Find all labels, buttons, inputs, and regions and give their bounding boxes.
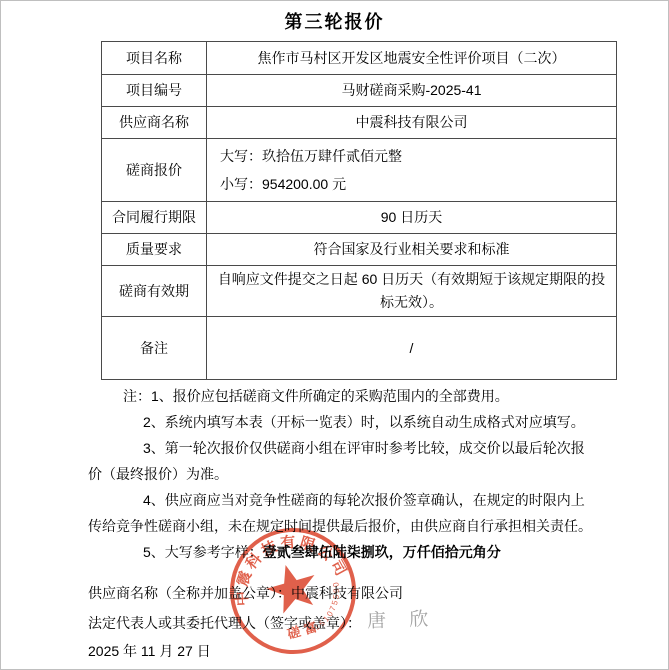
note-segment: 2、系统内填写本表（开标一览表）时，以系统自动生成格式对应填写。 <box>143 414 585 430</box>
note-segment: 5、大写参考字样： <box>143 544 263 560</box>
note-item: 3、第一轮次报价仅供磋商小组在评审时参考比较，成交价以最后轮次报价（最终报价）为… <box>88 435 598 487</box>
table-row: 合同履行期限90 日历天 <box>102 202 617 234</box>
footer: 供应商名称（全称并加盖公章）：中震科技有限公司 法定代表人或其委托代理人（签字或… <box>88 579 437 666</box>
quotation-table-body: 项目名称焦作市马村区开发区地震安全性评价项目（二次）项目编号马财磋商采购-202… <box>102 42 617 380</box>
row-label: 磋商报价 <box>102 139 207 202</box>
representative-label: 法定代表人或其委托代理人（签字或盖章）： <box>88 615 361 631</box>
row-value: 符合国家及行业相关要求和标准 <box>207 234 617 266</box>
row-label: 项目名称 <box>102 42 207 75</box>
row-value: / <box>207 317 617 380</box>
date-line: 2025 年 11 月 27 日 <box>88 637 437 666</box>
table-row: 磋商报价大写：玖拾伍万肆仟贰佰元整小写：954200.00 元 <box>102 139 617 202</box>
note-item: 注：1、报价应包括磋商文件所确定的采购范围内的全部费用。 <box>88 383 598 409</box>
row-label: 项目编号 <box>102 75 207 107</box>
signature: 唐 欣 <box>367 605 438 636</box>
row-value: 自响应文件提交之日起 60 日历天（有效期短于该规定期限的投标无效）。 <box>207 266 617 317</box>
table-row: 磋商有效期自响应文件提交之日起 60 日历天（有效期短于该规定期限的投标无效）。 <box>102 266 617 317</box>
table-row: 项目编号马财磋商采购-2025-41 <box>102 75 617 107</box>
note-segment: 4、供应商应当对竞争性磋商的每轮次报价签章确认，在规定的时限内上传给竞争性磋商小… <box>88 492 592 534</box>
notes: 注：1、报价应包括磋商文件所确定的采购范围内的全部费用。2、系统内填写本表（开标… <box>88 383 598 565</box>
table-row: 质量要求符合国家及行业相关要求和标准 <box>102 234 617 266</box>
note-segment: 注：1、报价应包括磋商文件所确定的采购范围内的全部费用。 <box>123 388 509 404</box>
row-value: 90 日历天 <box>207 202 617 234</box>
row-label: 合同履行期限 <box>102 202 207 234</box>
document-page: 第三轮报价 项目名称焦作市马村区开发区地震安全性评价项目（二次）项目编号马财磋商… <box>0 0 669 670</box>
supplier-line: 供应商名称（全称并加盖公章）：中震科技有限公司 <box>88 579 437 608</box>
note-segment: 3、第一轮次报价仅供磋商小组在评审时参考比较，成交价以最后轮次报价（最终报价）为… <box>88 440 585 482</box>
row-value-line: 大写：玖拾伍万肆仟贰佰元整 <box>220 142 610 170</box>
row-value: 焦作市马村区开发区地震安全性评价项目（二次） <box>207 42 617 75</box>
note-item: 4、供应商应当对竞争性磋商的每轮次报价签章确认，在规定的时限内上传给竞争性磋商小… <box>88 487 598 539</box>
table-row: 备注/ <box>102 317 617 380</box>
table-row: 供应商名称中震科技有限公司 <box>102 107 617 139</box>
note-item: 2、系统内填写本表（开标一览表）时，以系统自动生成格式对应填写。 <box>88 409 598 435</box>
note-item: 5、大写参考字样：壹贰叁肆伍陆柒捌玖，万仟佰拾元角分 <box>88 539 598 565</box>
row-value: 大写：玖拾伍万肆仟贰佰元整小写：954200.00 元 <box>207 139 617 202</box>
row-label: 供应商名称 <box>102 107 207 139</box>
supplier-label: 供应商名称（全称并加盖公章）： <box>88 585 291 601</box>
supplier-name: 中震科技有限公司 <box>291 585 403 601</box>
table-row: 项目名称焦作市马村区开发区地震安全性评价项目（二次） <box>102 42 617 75</box>
page-title: 第三轮报价 <box>1 8 668 34</box>
representative-line: 法定代表人或其委托代理人（签字或盖章）：唐 欣 <box>88 608 437 637</box>
row-label: 备注 <box>102 317 207 380</box>
note-bold-segment: 壹贰叁肆伍陆柒捌玖，万仟佰拾元角分 <box>263 544 501 560</box>
row-value: 马财磋商采购-2025-41 <box>207 75 617 107</box>
quotation-table: 项目名称焦作市马村区开发区地震安全性评价项目（二次）项目编号马财磋商采购-202… <box>101 41 617 380</box>
row-value-line: 小写：954200.00 元 <box>220 170 610 198</box>
row-label: 磋商有效期 <box>102 266 207 317</box>
row-label: 质量要求 <box>102 234 207 266</box>
row-value: 中震科技有限公司 <box>207 107 617 139</box>
